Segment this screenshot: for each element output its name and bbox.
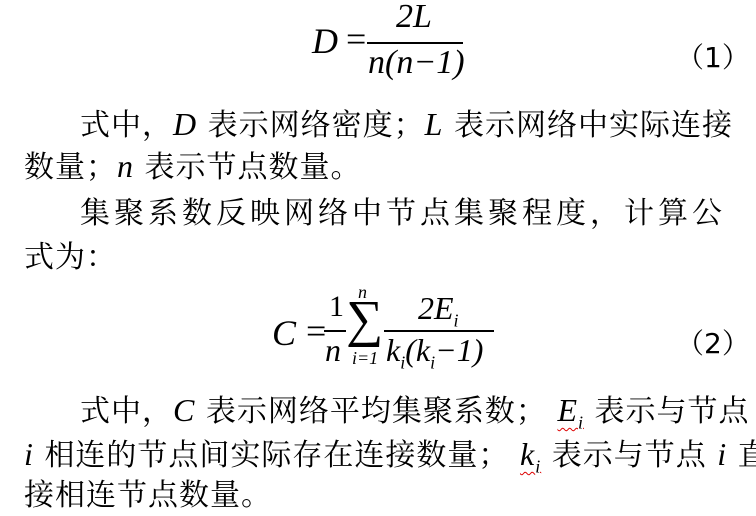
sigma-icon: ∑: [346, 290, 383, 350]
var-Ei: Ei: [557, 392, 584, 428]
eq2-lhs: C: [272, 312, 296, 354]
text: 表示节点数量。: [145, 150, 362, 185]
text: 直: [738, 438, 756, 473]
para2-line2: 式为：: [24, 240, 117, 276]
sub-i: i: [578, 412, 584, 432]
text: 表示网络中实际连接: [454, 108, 733, 143]
var-C: C: [173, 392, 195, 428]
eq1-numerator: 2L: [396, 0, 432, 36]
para1-line2: 数量；n 表示节点数量。: [24, 148, 362, 186]
eq1-equals: =: [346, 18, 366, 60]
text: 表示网络平均集聚系数；: [206, 394, 547, 429]
var-i: i: [24, 436, 34, 472]
eq2-numerator: 2Ei: [418, 290, 459, 331]
text: 数量；: [24, 150, 117, 185]
text: 式中，: [80, 394, 173, 429]
para3-line1: 式中，C 表示网络平均集聚系数； Ei 表示与节点: [80, 392, 750, 440]
eq1-denominator: n(n−1): [368, 44, 465, 82]
text: 表示与节点: [552, 438, 707, 473]
var-i: i: [717, 436, 727, 472]
eq2-denominator: ki(ki−1): [386, 332, 483, 373]
eq1-lhs: D: [312, 20, 338, 62]
text: 式中，: [80, 108, 173, 143]
text: 表示网络密度；: [208, 108, 425, 143]
text: 相连的节点间实际存在连接数量；: [44, 438, 509, 473]
eq1-number: （1）: [676, 36, 750, 76]
eq2-sum-lower: i=1: [352, 348, 378, 369]
para2-line1: 集聚系数反映网络中节点集聚程度，计算公: [80, 196, 726, 232]
var-L: L: [425, 106, 444, 142]
text: 表示与节点: [595, 394, 750, 429]
para3-line3: 接相连节点数量。: [24, 478, 272, 514]
var-E: E: [557, 392, 578, 428]
eq2-coef-den: n: [325, 332, 341, 369]
var-ki: ki: [520, 436, 541, 472]
eq2-coef-num: 1: [329, 290, 344, 324]
eq2-numerator-main: 2E: [418, 290, 454, 326]
var-n: n: [117, 148, 134, 184]
eq2-numerator-sub: i: [454, 310, 459, 330]
var-k: k: [520, 436, 535, 472]
var-D: D: [173, 106, 197, 142]
sub-i: i: [535, 456, 541, 476]
eq2-number: （2）: [676, 322, 750, 362]
para1-line1: 式中，D 表示网络密度；L 表示网络中实际连接: [80, 106, 733, 144]
